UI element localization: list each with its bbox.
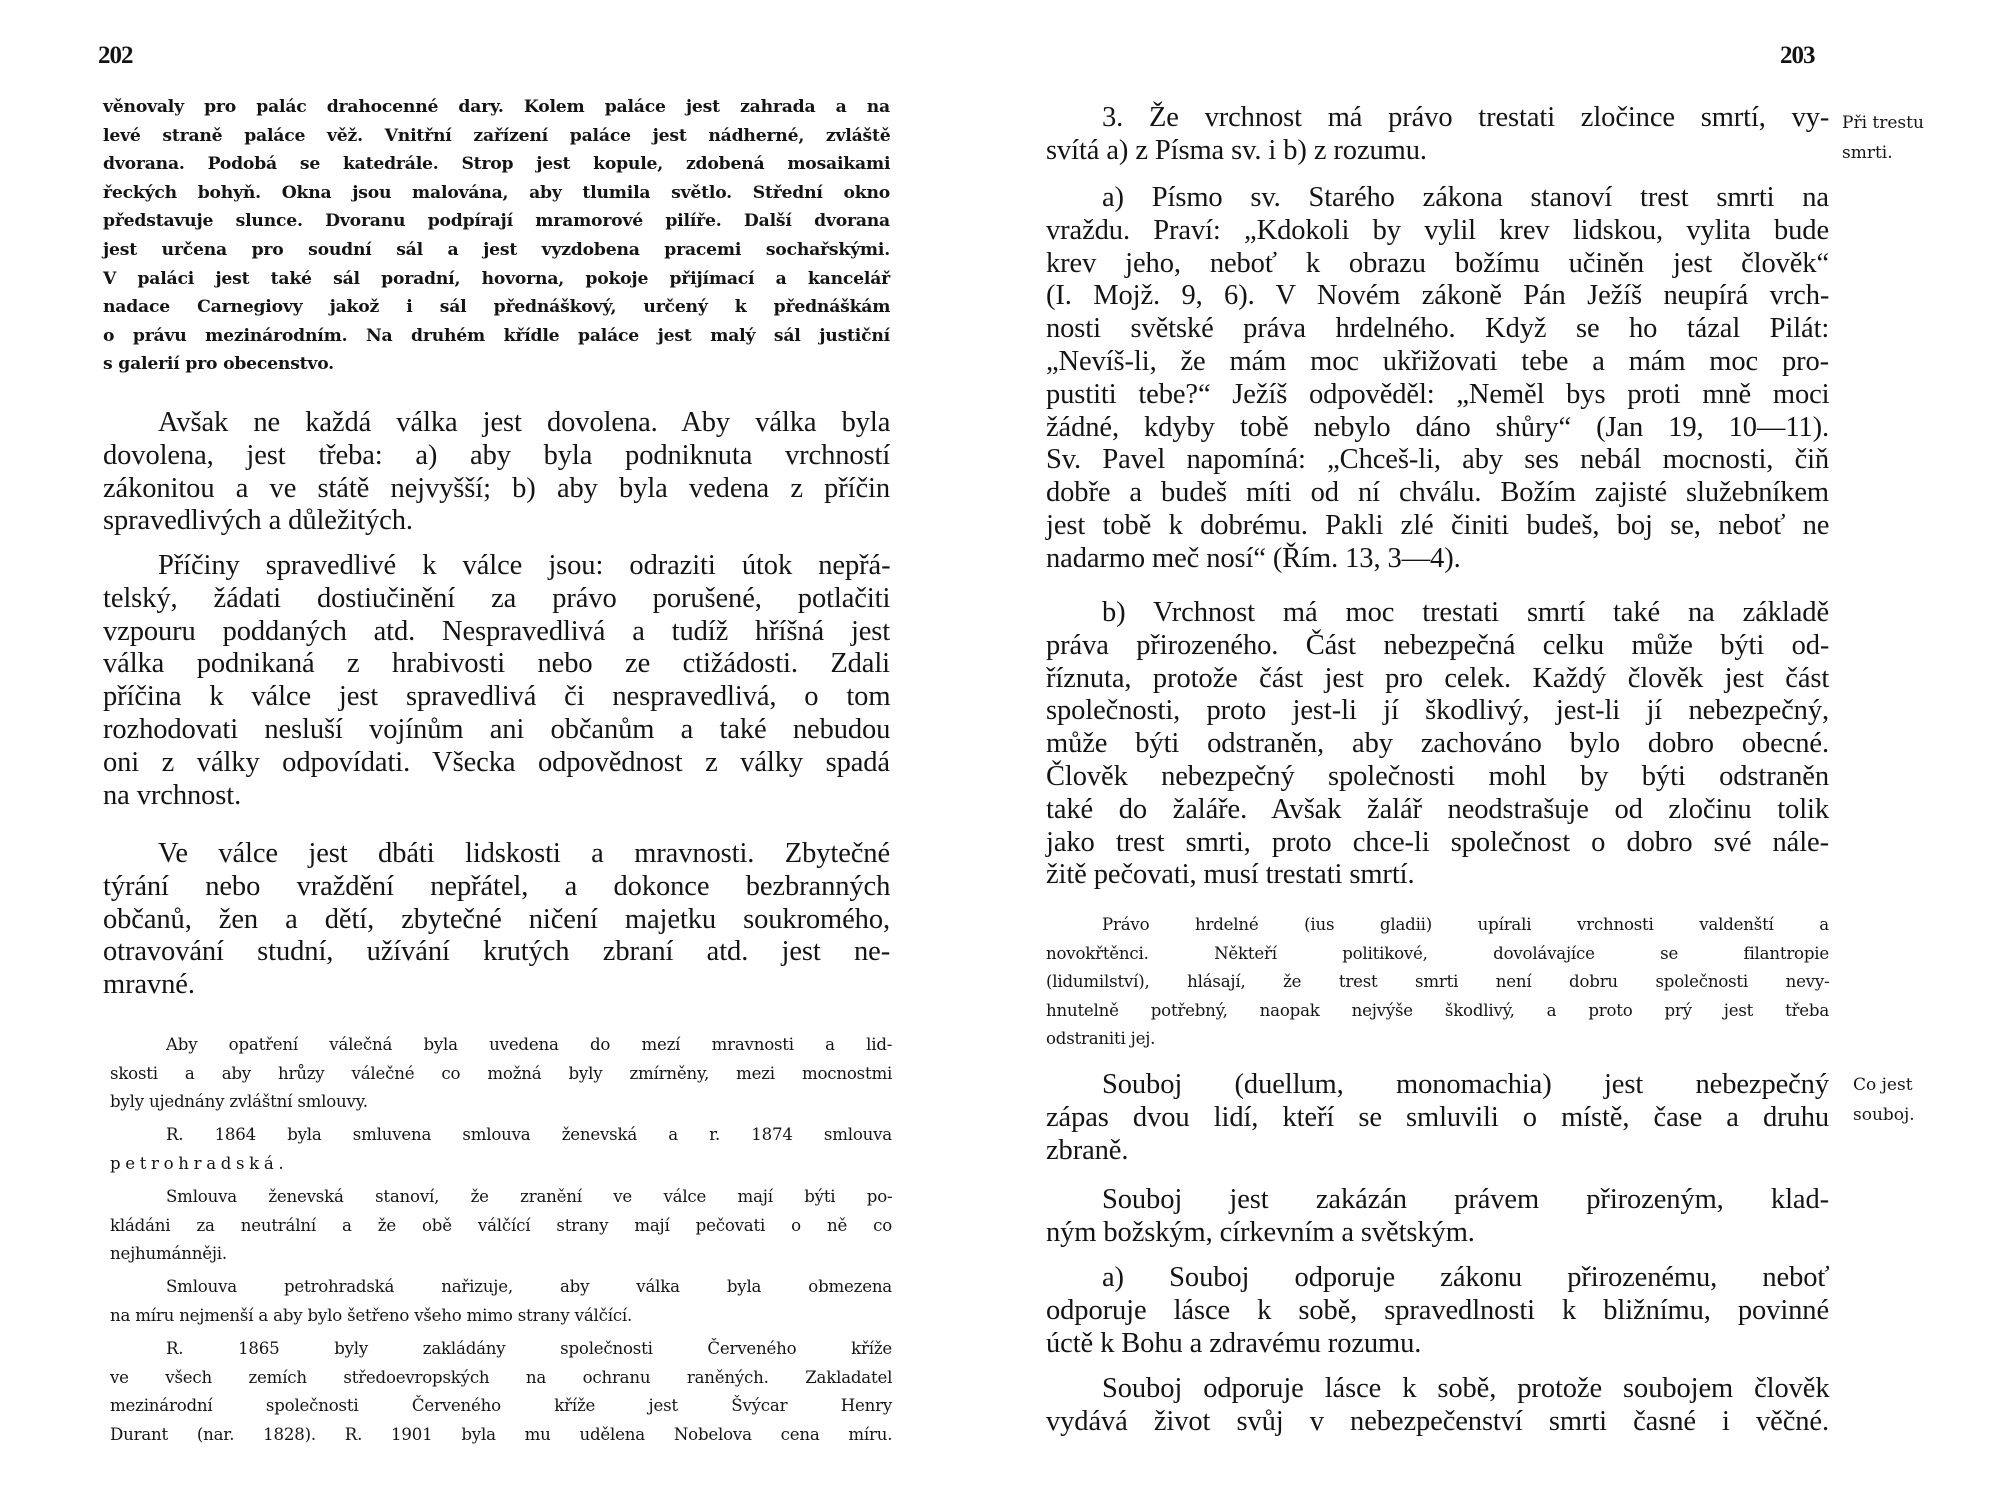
text-line: jest tobě k dobrému. Pakli zlé činiti bu… — [1046, 510, 1829, 543]
text-line: o právu mezinárodním. Na druhém křídle p… — [103, 322, 890, 351]
text-line: Právo hrdelné (ius gladii) upírali vrchn… — [1046, 911, 1829, 940]
text-line: byly ujednány zvláštní smlouvy. — [110, 1088, 892, 1117]
page-number: 202 — [98, 42, 133, 70]
text-line: pustiti tebe?“ Ježíš odpověděl: „Neměl b… — [1046, 379, 1829, 412]
right-page: 203 Při trestu smrti. Co jest souboj. 3.… — [996, 0, 1992, 1500]
text-line: na míru nejmenší a aby bylo šetřeno všeh… — [110, 1302, 892, 1331]
text-line: vraždu. Praví: „Kdokoli by vylil krev li… — [1046, 215, 1829, 248]
text-line: rozhodovati nesluší vojínům ani občanům … — [103, 714, 890, 747]
text-line: řeckých bohyň. Okna jsou malována, aby t… — [103, 179, 890, 208]
text-line: a) Písmo sv. Starého zákona stanoví tres… — [1046, 182, 1829, 215]
text-line: smrti. — [1842, 138, 1954, 168]
footnote-geneva: Smlouva ženevská stanoví, že zranění ve … — [110, 1183, 892, 1269]
text-line: Durant (nar. 1828). R. 1901 byla mu uděl… — [110, 1421, 892, 1450]
text-line: Příčiny spravedlivé k válce jsou: odrazi… — [103, 550, 890, 583]
text-line: Sv. Pavel napomíná: „Chceš-li, aby ses n… — [1046, 444, 1829, 477]
text-line: Ve válce jest dbáti lidskosti a mravnost… — [103, 838, 890, 871]
text-line: také do žaláře. Avšak žalář neodstrašuje… — [1046, 794, 1829, 827]
text-line: a) Souboj odporuje zákonu přirozenému, n… — [1046, 1262, 1829, 1295]
text-line: ve všech zemích středoevropských na ochr… — [110, 1364, 892, 1393]
text-line: nosti světské práva hrdelného. Když se h… — [1046, 313, 1829, 346]
text-line: zbraně. — [1046, 1135, 1829, 1168]
text-line: (lidumilství), hlásají, že trest smrti n… — [1046, 968, 1829, 997]
text-line: zápas dvou lidí, kteří se smluvili o mís… — [1046, 1102, 1829, 1135]
text-line: společnosti, proto jest-li jí škodlivý, … — [1046, 695, 1829, 728]
text-line: 3. Že vrchnost má právo trestati zločinc… — [1046, 102, 1829, 135]
paragraph-duel-definition: Souboj (duellum, monomachia) jest nebezp… — [1046, 1069, 1829, 1167]
text-line: vzpouru poddaných atd. Nespravedlivá a t… — [103, 616, 890, 649]
text-line: otravování studní, užívání krutých zbran… — [103, 936, 890, 969]
text-line: Smlouva ženevská stanoví, že zranění ve … — [110, 1183, 892, 1212]
paragraph-natural-law: b) Vrchnost má moc trestati smrtí také n… — [1046, 597, 1829, 892]
text-line: představuje slunce. Dvoranu podpírají mr… — [103, 207, 890, 236]
text-line: úctě k Bohu a zdravému rozumu. — [1046, 1328, 1829, 1361]
text-line: válka podnikaná z hrabivosti nebo ze cti… — [103, 648, 890, 681]
text-line: odporuje lásce k sobě, spravedlnosti k b… — [1046, 1295, 1829, 1328]
text-line: věnovaly pro palác drahocenné dary. Kole… — [103, 93, 890, 122]
page-number: 203 — [1780, 42, 1815, 70]
text-line: novokřtěnci. Někteří politikové, dovoláv… — [1046, 940, 1829, 969]
text-line: Co jest — [1853, 1070, 1953, 1100]
text-line: Souboj odporuje lásce k sobě, protože so… — [1046, 1373, 1829, 1406]
text-line: nadarmo meč nosí“ (Řím. 13, 3—4). — [1046, 543, 1829, 576]
paragraph-duel-forbidden: Souboj jest zakázán právem přirozeným, k… — [1046, 1184, 1829, 1250]
text-line: nejhumánněji. — [110, 1240, 892, 1269]
paragraph-death-penalty-intro: 3. Že vrchnost má právo trestati zločinc… — [1046, 102, 1829, 168]
text-line: týrání nebo vraždění nepřátel, a dokonce… — [103, 871, 890, 904]
footnote-petersburg: Smlouva petrohradská nařizuje, aby válka… — [110, 1273, 892, 1330]
text-line: práva přirozeného. Část nebezpečná celku… — [1046, 630, 1829, 663]
text-line: odstraniti jej. — [1046, 1025, 1829, 1054]
text-line: kládáni za neutrální a že obě válčící st… — [110, 1212, 892, 1241]
text-line: vydává život svůj v nebezpečenství smrti… — [1046, 1406, 1829, 1439]
text-line: Souboj (duellum, monomachia) jest nebezp… — [1046, 1069, 1829, 1102]
margin-note-duel: Co jest souboj. — [1853, 1070, 1953, 1130]
text-line: dovolena, jest třeba: a) aby byla podnik… — [103, 440, 890, 473]
text-line: Avšak ne každá válka jest dovolena. Aby … — [103, 407, 890, 440]
text-line: b) Vrchnost má moc trestati smrtí také n… — [1046, 597, 1829, 630]
text-line: mravné. — [103, 969, 890, 1002]
paragraph-humanity-in-war: Ve válce jest dbáti lidskosti a mravnost… — [103, 838, 890, 1002]
text-line: ným božským, církevním a světským. — [1046, 1217, 1829, 1250]
footnote-red-cross: R. 1865 byly zakládány společnosti Červe… — [110, 1335, 892, 1449]
text-line: Smlouva petrohradská nařizuje, aby válka… — [110, 1273, 892, 1302]
text-line: dobře a budeš míti od ní chválu. Božím z… — [1046, 477, 1829, 510]
intro-text-block: věnovaly pro palác drahocenné dary. Kole… — [103, 93, 890, 379]
text-line: R. 1865 byly zakládány společnosti Červe… — [110, 1335, 892, 1364]
text-line: Aby opatření válečná byla uvedena do mez… — [110, 1031, 892, 1060]
text-line: Souboj jest zakázán právem přirozeným, k… — [1046, 1184, 1829, 1217]
footnote-ius-gladii: Právo hrdelné (ius gladii) upírali vrchn… — [1046, 911, 1829, 1054]
paragraph-duel-natural-law: a) Souboj odporuje zákonu přirozenému, n… — [1046, 1262, 1829, 1360]
text-line: na vrchnost. — [103, 780, 890, 813]
text-line: říznuta, protože část jest pro celek. Ka… — [1046, 663, 1829, 696]
paragraph-just-causes: Příčiny spravedlivé k válce jsou: odrazi… — [103, 550, 890, 812]
text-line: souboj. — [1853, 1100, 1953, 1130]
text-line: nadace Carnegiovy jakož i sál přednáškov… — [103, 293, 890, 322]
text-line: V paláci jest také sál poradní, hovorna,… — [103, 265, 890, 294]
paragraph-scripture: a) Písmo sv. Starého zákona stanoví tres… — [1046, 182, 1829, 576]
text-line: mezinárodní společnosti Červeného kříže … — [110, 1392, 892, 1421]
text-line: oni z války odpovídati. Všecka odpovědno… — [103, 747, 890, 780]
text-line: může býti odstraněn, aby zachováno bylo … — [1046, 728, 1829, 761]
text-line: hnutelně potřebný, naopak nejvýše škodli… — [1046, 997, 1829, 1026]
text-line: zákonitou a ve státě nejvyšší; b) aby by… — [103, 473, 890, 506]
text-line: jako trest smrti, proto chce-li společno… — [1046, 827, 1829, 860]
text-line: telský, žádati dostiučinění za právo por… — [103, 583, 890, 616]
text-line: spravedlivých a důležitých. — [103, 505, 890, 538]
left-page: 202 věnovaly pro palác drahocenné dary. … — [0, 0, 996, 1500]
text-line: svítá a) z Písma sv. i b) z rozumu. — [1046, 135, 1829, 168]
text-line: žádné, kdyby tobě nebylo dáno shůry“ (Ja… — [1046, 412, 1829, 445]
text-line: příčina k válce jest spravedlivá či nesp… — [103, 681, 890, 714]
margin-note-death-penalty: Při trestu smrti. — [1842, 108, 1954, 168]
text-line: jest určena pro soudní sál a jest vyzdob… — [103, 236, 890, 265]
text-line: (I. Mojž. 9, 6). V Novém zákoně Pán Ježí… — [1046, 280, 1829, 313]
text-line: Při trestu — [1842, 108, 1954, 138]
text-line: R. 1864 byla smluvena smlouva ženevská a… — [110, 1121, 892, 1150]
paragraph-duel-self-love: Souboj odporuje lásce k sobě, protože so… — [1046, 1373, 1829, 1439]
text-line: petrohradská. — [110, 1150, 892, 1179]
paragraph-war-permitted-lines: Avšak ne každá válka jest dovolena. Aby … — [103, 407, 890, 538]
text-line: skosti a aby hrůzy válečné co možná byly… — [110, 1060, 892, 1089]
text-line: občanů, žen a dětí, zbytečné ničení maje… — [103, 904, 890, 937]
text-line: s galerií pro obecenstvo. — [103, 350, 890, 379]
text-line: krev jeho, neboť k obrazu božímu učiněn … — [1046, 248, 1829, 281]
text-line: Člověk nebezpečný společnosti mohl by bý… — [1046, 761, 1829, 794]
footnote-conventions: Aby opatření válečná byla uvedena do mez… — [110, 1031, 892, 1117]
text-line: dvorana. Podobá se katedrále. Strop jest… — [103, 150, 890, 179]
text-line: žitě pečovati, musí trestati smrtí. — [1046, 859, 1829, 892]
text-line: levé straně paláce věž. Vnitřní zařízení… — [103, 122, 890, 151]
footnote-1864: R. 1864 byla smluvena smlouva ženevská a… — [110, 1121, 892, 1178]
text-line: „Nevíš-li, že mám moc ukřižovati tebe a … — [1046, 346, 1829, 379]
